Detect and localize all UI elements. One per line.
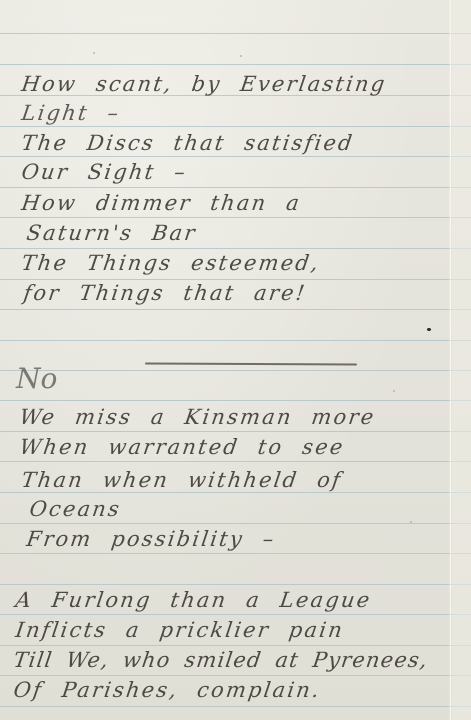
manuscript-line: When warranted to see [18,435,346,459]
manuscript-line: The Discs that satisfied [20,131,356,155]
ruled-line [0,431,471,432]
manuscript-line: The Things esteemed, [20,251,322,275]
ruled-line [0,126,471,127]
manuscript-line: How scant, by Everlasting [20,72,388,96]
manuscript-line: Oceans [28,497,123,521]
manuscript-line: Inflicts a pricklier pain [14,618,346,642]
paper-speck [93,52,95,54]
ruled-line [0,675,471,676]
ruled-line [0,370,471,371]
ruled-line [0,64,471,65]
ruled-line [0,217,471,218]
manuscript-line: for Things that are! [22,281,308,305]
ruled-line [0,461,471,462]
paper-speck [240,55,242,57]
ruled-line [0,614,471,615]
pencil-marker: No [16,362,57,395]
manuscript-page: How scant, by Everlasting Light – The Di… [0,0,471,720]
manuscript-line: Of Parishes, complain. [12,678,323,702]
paper-speck [393,390,395,392]
manuscript-line: Light – [20,101,122,125]
ruled-line [0,523,471,524]
ruled-line [0,309,471,310]
manuscript-line: Till We, who smiled at Pyrenees, [12,648,430,672]
ink-dot [427,328,431,331]
paper-speck [410,521,412,523]
ruled-line [0,584,471,585]
manuscript-line: We miss a Kinsman more [18,405,377,429]
section-divider [145,362,357,365]
manuscript-line: How dimmer than a [20,191,303,215]
manuscript-line: From possibility – [25,527,277,551]
ruled-line [0,492,471,493]
ruled-line [0,187,471,188]
ruled-line [0,645,471,646]
ruled-line [0,706,471,707]
manuscript-line: Our Sight – [20,160,189,184]
ruled-line [0,248,471,249]
ruled-line [0,156,471,157]
ruled-line [0,33,471,34]
paper-edge [452,0,471,720]
ruled-line [0,279,471,280]
ruled-line [0,553,471,554]
manuscript-line: Than when withheld of [20,468,344,492]
ruled-line [0,340,471,341]
manuscript-line: Saturn's Bar [25,221,198,245]
manuscript-line: A Furlong than a League [14,588,373,612]
ruled-line [0,400,471,401]
